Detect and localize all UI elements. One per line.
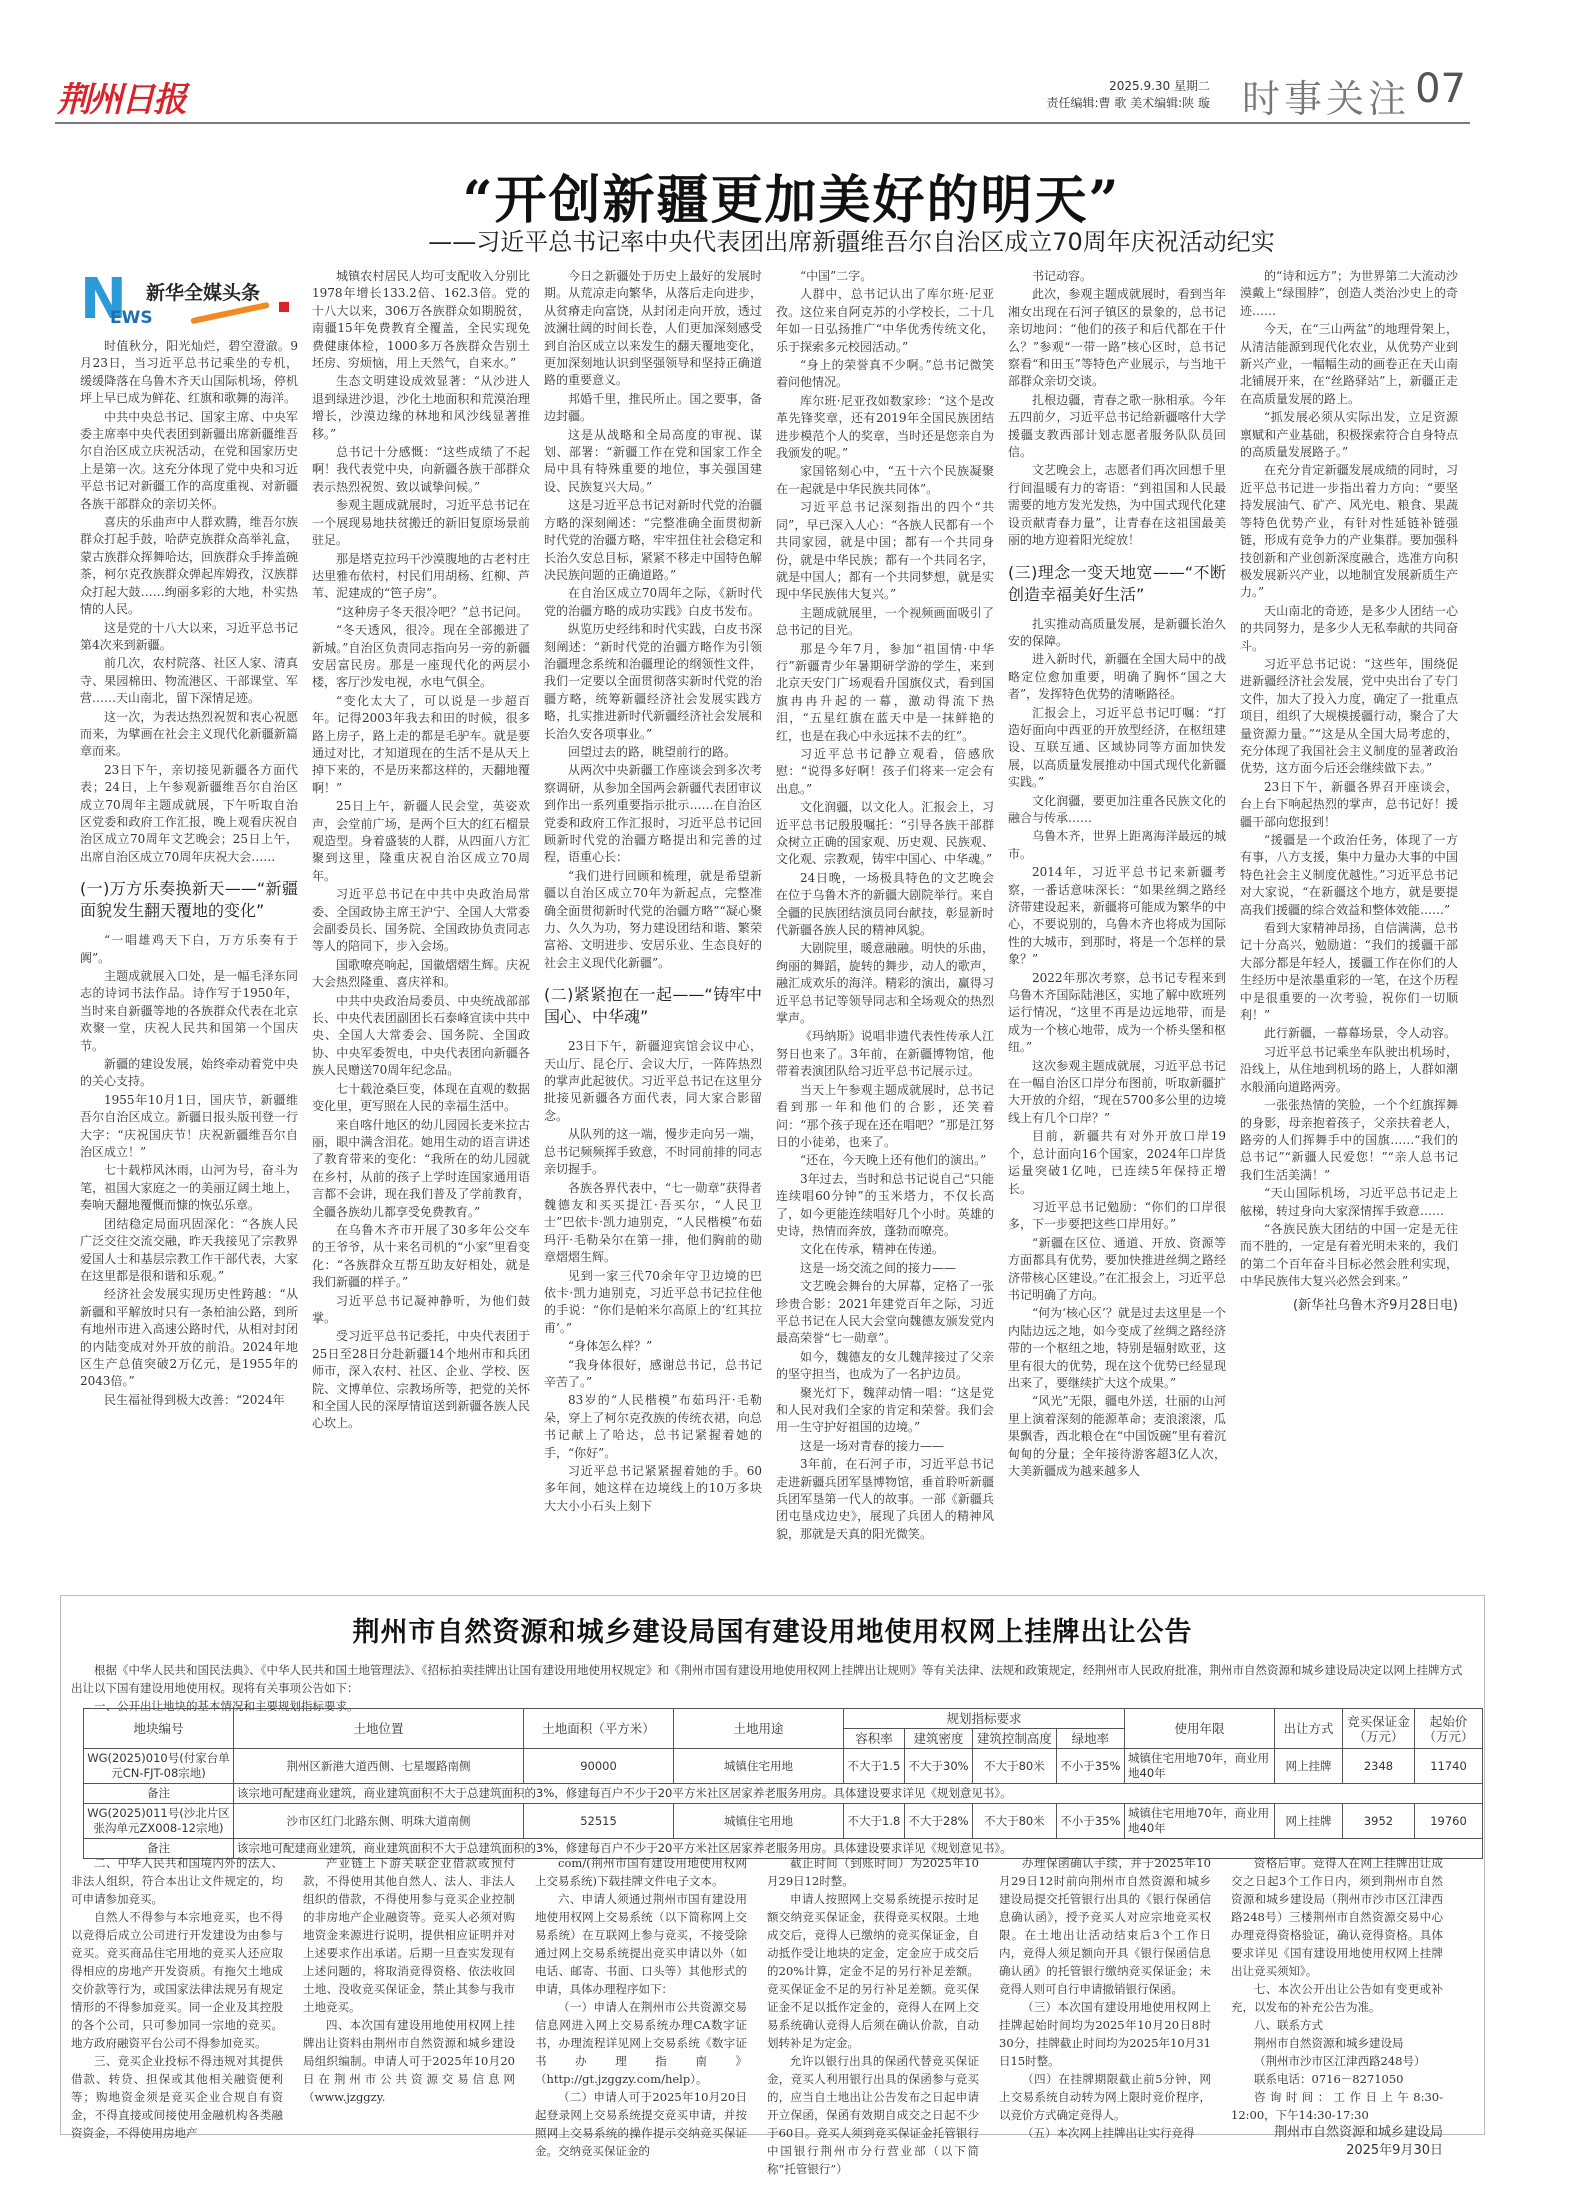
signature-org: 荆州市自然资源和城乡建设局 [1231, 2124, 1443, 2142]
signature-date: 2025年9月30日 [1231, 2142, 1443, 2160]
paragraph: 四、本次国有建设用地使用权网上挂牌出让资料由荆州市自然资源和城乡建设局组织编制。… [303, 2016, 515, 2106]
cell-green: 不小于35% [1056, 1804, 1124, 1839]
issue-date: 2025.9.30 星期二 [1046, 78, 1210, 95]
paragraph: 自然人不得参与本宗地竞买，也不得以竞得后成立公司进行开发建设为由参与竞买。竞买商… [71, 1908, 283, 2052]
paragraph: 习近平总书记说：“这些年，围绕促进新疆经济社会发展，党中央出台了专门文件，加大了… [1240, 656, 1458, 778]
article-column-5: 书记动容。 此次，参观主题成就展时，看到当年湘女出现在石河子镇区的景象的，总书记… [1008, 268, 1226, 1481]
paragraph: “援疆是一个政治任务，体现了一方有事，八方支援，集中力量办大事的中国特色社会主义… [1240, 832, 1458, 919]
paragraph: 习近平总书记凝神静听，为他们鼓掌。 [312, 1293, 530, 1328]
paragraph: 的“诗和远方”；为世界第二大流动沙漠戴上“绿围脖”，创造人类治沙史上的奇迹…… [1240, 268, 1458, 320]
paragraph: 各族各界代表中，“七一勋章”获得者魏德友和买买提江·吾买尔，“人民卫士”巴依卡·… [544, 1180, 762, 1267]
newspaper-logo: 荆州日报 [57, 72, 185, 121]
header-location: 土地位置 [234, 1709, 524, 1749]
paragraph: 大剧院里，暖意融融。明快的乐曲，绚丽的舞蹈，旋转的舞步，动人的歌声，融汇成欢乐的… [776, 940, 994, 1027]
paragraph: 天山南北的奇迹，是多少人团结一心的共同努力，是多少人无私奉献的共同奋斗。 [1240, 603, 1458, 655]
paragraph: “天山国际机场，习近平总书记走上舷梯，转过身向大家深情挥手致意…… [1240, 1185, 1458, 1220]
header-area: 土地面积（平方米） [524, 1709, 674, 1749]
header-height: 建筑控制高度 [973, 1729, 1057, 1749]
cell-density: 不大于28% [904, 1804, 972, 1839]
cell-location: 荆州区新港大道西侧、七星堰路南侧 [234, 1749, 524, 1784]
paragraph: “还在，今天晚上还有他们的演出。” [776, 1152, 994, 1169]
paragraph: 23日下午，新疆迎宾馆会议中心，天山厅、昆仑厅、会议大厅，一阵阵热烈的掌声此起彼… [544, 1038, 762, 1125]
paragraph: 习近平总书记勉励：“你们的口岸很多，下一步要把这些口岸用好。” [1008, 1199, 1226, 1234]
notice-column-2: 产业链上下游关联企业借款或预付款，不得使用其他自然人、法人、非法人组织的借款，不… [303, 1854, 515, 2106]
paragraph: 扎实推动高质量发展，是新疆长治久安的保障。 [1008, 616, 1226, 651]
paragraph: 喜庆的乐曲声中人群欢腾，维吾尔族群众打起手鼓，哈萨克族群众高举礼盒，蒙古族群众挥… [80, 514, 298, 618]
header-term: 使用年限 [1125, 1709, 1275, 1749]
paragraph: 来自喀什地区的幼儿园园长麦米拉古丽，眼中满含泪花。她用生动的语言讲述了教育带来的… [312, 1117, 530, 1221]
paragraph: 主题成就展入口处，是一幅毛泽东同志的诗词书法作品。诗作写于1950年，当时来自新… [80, 968, 298, 1055]
paragraph: 3年过去，当时和总书记说自己“只能连续唱60分钟”的玉米塔力，不仅长高了，如今更… [776, 1171, 994, 1241]
article-body: 时值秋分，阳光灿烂，碧空澄澈。9月23日，当习近平总书记乘坐的专机，缓缓降落在乌… [80, 338, 1470, 1578]
notice-column-6: 资格后审。竞得人在网上挂牌出让成交之日起3个工作日内，须到荆州市自然资源和城乡建… [1231, 1854, 1443, 2160]
paragraph: 习近平总书记静立观看，倍感欣慰：“说得多好啊！孩子们将来一定会有出息。” [776, 746, 994, 798]
intro-paragraph: 根据《中华人民共和国民法典》、《中华人民共和国土地管理法》、《招标拍卖挂牌出让国… [71, 1661, 1471, 1697]
header-planning: 规划指标要求 [844, 1709, 1125, 1729]
paragraph: 文艺晚会舞台的大屏幕，定格了一张珍贵合影：2021年建党百年之际，习近平总书记在… [776, 1278, 994, 1348]
notice-intro: 根据《中华人民共和国民法典》、《中华人民共和国土地管理法》、《招标拍卖挂牌出让国… [71, 1661, 1471, 1715]
cell-method: 网上挂牌 [1275, 1804, 1343, 1839]
editor-credits: 责任编辑:曹 歌 美术编辑:陕 璇 [1046, 95, 1210, 112]
paragraph: 从两次中央新疆工作座谈会到多次考察调研，从参加全国两会新疆代表团审议到作出一系列… [544, 762, 762, 866]
cell-area: 52515 [524, 1804, 674, 1839]
paragraph: 允许以银行出具的保函代替竞买保证金，竞买人利用银行出具的保函参与竞买的，应当自土… [767, 2052, 979, 2178]
header-far: 容积率 [844, 1729, 905, 1749]
paragraph: 在充分肯定新疆发展成绩的同时，习近平总书记进一步指出着力方向：“要坚持发展油气、… [1240, 462, 1458, 601]
article-subheadline: ——习近平总书记率中央代表团出席新疆维吾尔自治区成立70周年庆祝活动纪实 [0, 222, 1583, 257]
paragraph: 资格后审。竞得人在网上挂牌出让成交之日起3个工作日内，须到荆州市自然资源和城乡建… [1231, 1854, 1443, 1980]
contact-address: （荆州市沙市区江津西路248号） [1231, 2052, 1443, 2070]
paragraph: “何为‘核心区’？就是过去这里是一个内陆边远之地，如今变成了丝绸之路经济带的一个… [1008, 1305, 1226, 1392]
paragraph: “我们进行回顾和梳理，就是希望新疆以自治区成立70年为新起点，完整准确全面贯彻新… [544, 868, 762, 972]
header-use: 土地用途 [674, 1709, 844, 1749]
red-square-icon [279, 302, 289, 312]
cell-location: 沙市区红门北路东侧、明珠大道南侧 [234, 1804, 524, 1839]
article-column-4: “中国”二字。 人群中，总书记认出了库尔班·尼亚孜。这位来自阿克苏的小学校长，二… [776, 268, 994, 1544]
cell-remark: 该宗地可配建商业建筑，商业建筑面积不大于总建筑面积的3%，修建每百户不少于20平… [234, 1784, 1483, 1804]
badge-title: 新华全媒头条 [146, 278, 260, 305]
paragraph: “变化太大了，可以说是一步超百年。记得2003年我去和田的时候，很多路上房子，路… [312, 693, 530, 797]
land-parcel-table: 地块编号 土地位置 土地面积（平方米） 土地用途 规划指标要求 使用年限 出让方… [83, 1708, 1483, 1859]
paragraph: com/(荆州市国有建设用地使用权网上交易系统)下载挂牌文件电子文本。 [535, 1854, 747, 1890]
paragraph: “一唱雄鸡天下白，万方乐奏有于阗”。 [80, 932, 298, 967]
paragraph: 目前，新疆共有对外开放口岸19个，总计面向16个国家，2024年口岸货运量突破1… [1008, 1128, 1226, 1198]
header-density: 建筑密度 [904, 1729, 972, 1749]
paragraph: 家国铭刻心中，“五十六个民族凝聚在一起就是中华民族共同体”。 [776, 463, 994, 498]
paragraph: 纵览历史经纬和时代实践，白皮书深刻阐述：“新时代党的治疆方略作为引领治疆理念系统… [544, 621, 762, 743]
paragraph: 这是习近平总书记对新时代党的治疆方略的深刻阐述：“完整准确全面贯彻新时代党的治疆… [544, 497, 762, 584]
paragraph: “风光”无限，疆电外送，壮丽的山河里上演着深刻的能源革命；麦浪滚滚，瓜果飘香，西… [1008, 1393, 1226, 1480]
paragraph: “中国”二字。 [776, 268, 994, 285]
cell-remark-label: 备注 [84, 1784, 234, 1804]
paragraph: 新疆的建设发展，始终牵动着党中央的关心支持。 [80, 1056, 298, 1091]
news-ews-logo: EWS [110, 308, 153, 328]
cell-term: 城镇住宅用地70年，商业用地40年 [1125, 1749, 1275, 1784]
paragraph: 今天，在“三山两盆”的地理骨架上，从清洁能源到现代化农业，从优势产业到新兴产业，… [1240, 321, 1458, 408]
paragraph: 这是一场对青春的接力—— [776, 1438, 994, 1455]
paragraph: 进入新时代，新疆在全国大局中的战略定位愈加重要，明确了胸怀“国之大者”，发挥特色… [1008, 651, 1226, 703]
section-name: 时事关注 [1242, 68, 1410, 123]
contact-hours: 咨询时间：工作日上午8:30-12:00，下午14:30-17:30 [1231, 2088, 1443, 2124]
cell-area: 90000 [524, 1749, 674, 1784]
header-method: 出让方式 [1275, 1709, 1343, 1749]
issue-meta: 2025.9.30 星期二 责任编辑:曹 歌 美术编辑:陕 璇 [1046, 78, 1210, 112]
paragraph: 一张张热情的笑脸，一个个红旗挥舞的身影，母亲抱着孩子，父亲扶着老人，路旁的人们挥… [1240, 1097, 1458, 1184]
paragraph: 六、申请人须通过荆州市国有建设用地使用权网上交易系统（以下简称网上交易系统）在互… [535, 1890, 747, 1998]
paragraph: 当天上午参观主题成就展时，总书记看到那一年和他们的合影，还笑着问：“那个孩子现在… [776, 1082, 994, 1152]
paragraph: “新疆在区位、通道、开放、资源等方面都具有优势，要加快推进丝绸之路经济带核心区建… [1008, 1235, 1226, 1305]
paragraph: 邦婚千里，推民所止。国之要事，备边封疆。 [544, 391, 762, 426]
paragraph: 文化在传承，精神在传递。 [776, 1241, 994, 1258]
notice-title: 荆州市自然资源和城乡建设局国有建设用地使用权网上挂牌出让公告 [61, 1610, 1484, 1649]
cell-parcel-id: WG(2025)010号(付家台单元CN-FJT-08宗地) [84, 1749, 234, 1784]
paragraph: 23日下午，亲切接见新疆各方面代表；24日，上午参观新疆维吾尔自治区成立70周年… [80, 762, 298, 866]
paragraph: （四）在挂牌期限截止前5分钟，网上交易系统自动转为网上限时竞价程序，以竞价方式确… [999, 2070, 1211, 2124]
header-green: 绿地率 [1056, 1729, 1124, 1749]
paragraph: 七、本次公开出让公告如有变更或补充，以发布的补充公告为准。 [1231, 1980, 1443, 2016]
paragraph: 这是一场交流之间的接力—— [776, 1260, 994, 1277]
paragraph: 聚光灯下，魏萍动情一唱：“这是党和人民对我们全家的肯定和荣誉。我们会用一生守护好… [776, 1385, 994, 1437]
paragraph: （一）申请人在荆州市公共资源交易信息网进入网上交易系统办理CA数字证书，办理流程… [535, 1998, 747, 2088]
notice-column-3: com/(荆州市国有建设用地使用权网上交易系统)下载挂牌文件电子文本。 六、申请… [535, 1854, 747, 2160]
paragraph: 主题成就展里，一个视频画面吸引了总书记的目光。 [776, 605, 994, 640]
section-heading-3: (三)理念一变天地宽——“不断创造幸福美好生活” [1008, 562, 1226, 606]
paragraph: 那是今年7月，参加“祖国情·中华行”新疆青少年暑期研学游的学生，来到北京天安门广… [776, 641, 994, 745]
paragraph: 3年前，在石河子市，习近平总书记走进新疆兵团军垦博物馆，垂首聆听新疆兵团军垦第一… [776, 1456, 994, 1543]
section-heading-2: (二)紧紧抱在一起——“铸牢中国心、中华魂” [544, 984, 762, 1028]
paragraph: 这是从战略和全局高度的审视、谋划、部署：“新疆工作在党和国家工作全局中具有特殊重… [544, 427, 762, 497]
cell-deposit: 2348 [1343, 1749, 1415, 1784]
table-row: WG(2025)011号(沙北片区张沟单元ZX008-12宗地) 沙市区红门北路… [84, 1804, 1483, 1839]
paragraph: 城镇农村居民人均可支配收入分别比1978年增长133.2倍、162.3倍。党的十… [312, 268, 530, 372]
paragraph: 人群中，总书记认出了库尔班·尼亚孜。这位来自阿克苏的小学校长，二十几年如一日弘扬… [776, 286, 994, 356]
article-column-3: 今日之新疆处于历史上最好的发展时期。从荒凉走向繁华，从落后走向进步，从贫瘠走向富… [544, 268, 762, 1516]
paragraph: 在自治区成立70周年之际，《新时代党的治疆方略的成功实践》白皮书发布。 [544, 585, 762, 620]
paragraph: 文化润疆，要更加注重各民族文化的融合与传承…… [1008, 793, 1226, 828]
paragraph: 中共中央政治局委员、中央统战部部长、中央代表团副团长石泰峰宣读中共中央、全国人大… [312, 993, 530, 1080]
paragraph: 今日之新疆处于历史上最好的发展时期。从荒凉走向繁华，从落后走向进步，从贫瘠走向富… [544, 268, 762, 390]
paragraph: 扎根边疆，青春之歌一脉相承。今年五四前夕，习近平总书记给新疆喀什大学援疆支教西部… [1008, 392, 1226, 462]
cell-height: 不大于80米 [973, 1749, 1057, 1784]
paragraph: 二、中华人民共和国境内外的法人、非法人组织，符合本出让文件规定的，均可申请参加竞… [71, 1854, 283, 1908]
paragraph: 25日上午，新疆人民会堂，英姿欢声，会堂前广场，是两个巨大的红石榴景观造型。身着… [312, 798, 530, 885]
paragraph: 这一次，为表达热烈祝贺和衷心祝愿而来，为擘画在社会主义现代化新疆新篇章而来。 [80, 709, 298, 761]
cell-parcel-id: WG(2025)011号(沙北片区张沟单元ZX008-12宗地) [84, 1804, 234, 1839]
paragraph: 七十载栉风沐雨，山河为号，奋斗为笔，祖国大家庭之一的美丽辽阔土地上，奏响天翻地覆… [80, 1162, 298, 1214]
contact-phone: 联系电话：0716－8271050 [1231, 2070, 1443, 2088]
paragraph: 那是塔克拉玛干沙漠腹地的古老村庄达里雅布依村，村民们用胡杨、红柳、芦苇、泥建成的… [312, 551, 530, 603]
paragraph: 乌鲁木齐，世界上距离海洋最远的城市。 [1008, 828, 1226, 863]
article-dateline: (新华社乌鲁木齐9月28日电) [1240, 1297, 1458, 1314]
paragraph: 办理保函确认手续，并于2025年10月29日12时前向荆州市自然资源和城乡建设局… [999, 1854, 1211, 1998]
paragraph: 回望过去的路，眺望前行的路。 [544, 744, 762, 761]
paragraph: 参观主题成就展时，习近平总书记在一个展现易地扶贫搬迁的新旧复原场景前驻足。 [312, 497, 530, 549]
table-row: WG(2025)010号(付家台单元CN-FJT-08宗地) 荆州区新港大道西侧… [84, 1749, 1483, 1784]
paragraph: 83岁的“人民楷模”布茹玛汗·毛勒朵，穿上了柯尔克孜族的传统衣裙，向总书记献上了… [544, 1392, 762, 1462]
land-auction-notice: 荆州市自然资源和城乡建设局国有建设用地使用权网上挂牌出让公告 根据《中华人民共和… [60, 1595, 1485, 2135]
paragraph: “这种房子冬天很冷吧？”总书记问。 [312, 604, 530, 621]
paragraph: 如今，魏德友的女儿魏萍接过了父亲的坚守担当，也成为了一名护边员。 [776, 1349, 994, 1384]
header-parcel-id: 地块编号 [84, 1709, 234, 1749]
cell-deposit: 3952 [1343, 1804, 1415, 1839]
masthead: 荆州日报 2025.9.30 星期二 责任编辑:曹 歌 美术编辑:陕 璇 时事关… [55, 60, 1470, 124]
contact-org: 荆州市自然资源和城乡建设局 [1231, 2034, 1443, 2052]
paragraph: 1955年10月1日，国庆节，新疆维吾尔自治区成立。新疆日报头版刊登一行大字：“… [80, 1092, 298, 1162]
paragraph: 七十载沧桑巨变，体现在直观的数据变化里，更写照在人民的幸福生活中。 [312, 1081, 530, 1116]
paragraph: 看到大家精神昂扬，自信满满，总书记十分高兴，勉励道：“我们的援疆干部大部分都是年… [1240, 920, 1458, 1024]
paragraph: “身体怎么样？” [544, 1338, 762, 1355]
article-column-2: 城镇农村居民人均可支配收入分别比1978年增长133.2倍、162.3倍。党的十… [312, 268, 530, 1434]
paragraph: 八、联系方式 [1231, 2016, 1443, 2034]
paragraph: 《玛纳斯》说唱非遗代表性传承人江努日也来了。3年前，在新疆博物馆，他带着表演团队… [776, 1028, 994, 1080]
article-column-6: 的“诗和远方”；为世界第二大流动沙漠戴上“绿围脖”，创造人类治沙史上的奇迹…… … [1240, 268, 1458, 1314]
paragraph: 申请人按照网上交易系统提示按时足额交纳竞买保证金，获得竞买权限。土地成交后，竞得… [767, 1890, 979, 2052]
cell-far: 不大于1.8 [844, 1804, 905, 1839]
paragraph: “身上的荣誉真不少啊。”总书记微笑着问他情况。 [776, 357, 994, 392]
paragraph: 汇报会上，习近平总书记叮嘱：“打造好面向中西亚的开放型经济，在枢纽建设、互联互通… [1008, 705, 1226, 792]
paragraph: 国歌嘹亮响起，国徽熠熠生辉。庆祝大会热烈隆重、喜庆祥和。 [312, 957, 530, 992]
paragraph: 24日晚，一场极具特色的文艺晚会在位于乌鲁木齐的新疆大剧院举行。来自全疆的民族团… [776, 870, 994, 940]
paragraph: 经济社会发展实现历史性跨越：“从新疆和平解放时只有一条柏油公路，到所有地州市进入… [80, 1286, 298, 1390]
cell-use: 城镇住宅用地 [674, 1749, 844, 1784]
paragraph: 库尔班·尼亚孜如数家珍：“这个是改革先锋奖章，还有2019年全国民族团结进步模范… [776, 393, 994, 463]
paragraph: 这次参观主题成就展，习近平总书记在一幅自治区口岸分布图前，听取新疆扩大开放的介绍… [1008, 1058, 1226, 1128]
cell-density: 不大于30% [904, 1749, 972, 1784]
cell-use: 城镇住宅用地 [674, 1804, 844, 1839]
paragraph: 2022年那次考察，总书记专程来到乌鲁木齐国际陆港区，实地了解中欧班列运行情况，… [1008, 970, 1226, 1057]
paragraph: 从队列的这一端，慢步走向另一端，总书记频频挥手致意，不时同前排的同志亲切握手。 [544, 1126, 762, 1178]
paragraph: （三）本次国有建设用地使用权网上挂牌起始时间均为2025年10月20日8时30分… [999, 1998, 1211, 2070]
paragraph: 文化润疆，以文化人。汇报会上，习近平总书记殷殷嘱托：“引导各族干部群众树立正确的… [776, 799, 994, 869]
paragraph: 受习近平总书记委托，中央代表团于25日至28日分赴新疆14个地州市和兵团师市，深… [312, 1328, 530, 1432]
paragraph: 习近平总书记乘坐车队驶出机场时，沿线上，从住地到机场的路上，人群如潮水般涌向道路… [1240, 1044, 1458, 1096]
paragraph: 2014年，习近平总书记来新疆考察，一番话意味深长：“如果丝绸之路经济带建设起来… [1008, 864, 1226, 968]
paragraph: 生态文明建设成效显著：“从沙进人退到绿进沙退，沙化土地面积和荒漠治理增长，沙漠边… [312, 373, 530, 443]
paragraph: “各族民族大团结的中国一定是无往而不胜的，一定是有着光明未来的，我们的第二个百年… [1240, 1221, 1458, 1291]
paragraph: “冬天透风，很冷。现在全部搬进了新城。”自治区负责同志指向另一旁的新疆安居富民房… [312, 622, 530, 692]
section-heading-1: (一)万方乐奏换新天——“新疆面貌发生翻天覆地的变化” [80, 878, 298, 922]
header-deposit: 竞买保证金（万元） [1343, 1709, 1415, 1749]
page-number: 07 [1415, 66, 1466, 112]
paragraph: （二）申请人可于2025年10月20日起登录网上交易系统提交竞买申请，并按照网上… [535, 2088, 747, 2160]
paragraph: 总书记十分感慨：“这些成绩了不起啊！我代表党中央，向新疆各族干部群众表示热烈祝贺… [312, 444, 530, 496]
cell-far: 不大于1.5 [844, 1749, 905, 1784]
paragraph: 三、竞买企业投标不得违规对其提供借款、转贷、担保或其他相关融资便利等；购地资金须… [71, 2052, 283, 2142]
paragraph: 此行新疆，一幕幕场景，令人动容。 [1240, 1025, 1458, 1042]
paragraph: 书记动容。 [1008, 268, 1226, 285]
cell-height: 不大于80米 [973, 1804, 1057, 1839]
paragraph: 前几次，农村院落、社区人家、清真寺、果园棉田、物流港区、干部课堂、军营……天山南… [80, 655, 298, 707]
paragraph: （五）本次网上挂牌出让实行竞得 [999, 2124, 1211, 2142]
paragraph: 产业链上下游关联企业借款或预付款，不得使用其他自然人、法人、非法人组织的借款，不… [303, 1854, 515, 2016]
cell-term: 城镇住宅用地70年，商业用地40年 [1125, 1804, 1275, 1839]
paragraph: 习近平总书记在中共中央政治局常委、全国政协主席王沪宁、全国人大常委会副委员长、国… [312, 886, 530, 956]
paragraph: 民生福祉得到极大改善：“2024年 [80, 1392, 298, 1409]
paragraph: 在乌鲁木齐市开展了30多年公交车的王爷爷，从十来名司机的“小家”里看变化：“各族… [312, 1222, 530, 1292]
paragraph: 23日下午，新疆各界召开座谈会，台上台下响起热烈的掌声，总书记好！援疆干部向您报… [1240, 779, 1458, 831]
notice-column-5: 办理保函确认手续，并于2025年10月29日12时前向荆州市自然资源和城乡建设局… [999, 1854, 1211, 2142]
paragraph: 这是党的十八大以来，习近平总书记第4次来到新疆。 [80, 620, 298, 655]
xinhua-news-badge: N EWS 新华全媒头条 [80, 272, 295, 332]
paragraph: 见到一家三代70余年守卫边境的巴依卡·凯力迪别克，习近平总书记拉住他的手说：“你… [544, 1268, 762, 1338]
paragraph: 文艺晚会上，志愿者们再次回想千里行间温暖有力的寄语：“到祖国和人民最需要的地方发… [1008, 462, 1226, 549]
table-remark-row: 备注 该宗地可配建商业建筑，商业建筑面积不大于总建筑面积的3%，修建每百户不少于… [84, 1784, 1483, 1804]
paragraph: “我身体很好，感谢总书记，总书记辛苦了。” [544, 1357, 762, 1392]
notice-column-4: 截止时间（到账时间）为2025年10月29日12时整。 申请人按照网上交易系统提… [767, 1854, 979, 2178]
cell-start-price: 19760 [1415, 1804, 1483, 1839]
paragraph: 习近平总书记深刻指出的四个“共同”，早已深入人心：“各族人民都有一个共同家园，就… [776, 499, 994, 603]
cell-green: 不小于35% [1056, 1749, 1124, 1784]
paragraph: 中共中央总书记、国家主席、中央军委主席率中央代表团到新疆出席新疆维吾尔自治区成立… [80, 409, 298, 513]
paragraph: 习近平总书记紧紧握着她的手。60多年间，她这样在边境线上的10万多块大大小小石头… [544, 1463, 762, 1515]
paragraph: 截止时间（到账时间）为2025年10月29日12时整。 [767, 1854, 979, 1890]
paragraph: 团结稳定局面巩固深化：“各族人民广泛交往交流交融，昨天我接见了宗教界爱国人士和基… [80, 1216, 298, 1286]
header-start-price: 起始价（万元） [1415, 1709, 1483, 1749]
swoosh-icon [190, 302, 269, 325]
article-column-1: 时值秋分，阳光灿烂，碧空澄澈。9月23日，当习近平总书记乘坐的专机，缓缓降落在乌… [80, 338, 298, 1410]
paragraph: 时值秋分，阳光灿烂，碧空澄澈。9月23日，当习近平总书记乘坐的专机，缓缓降落在乌… [80, 338, 298, 408]
paragraph: “抓发展必须从实际出发，立足资源禀赋和产业基础，积极探索符合自身特点的高质量发展… [1240, 409, 1458, 461]
cell-method: 网上挂牌 [1275, 1749, 1343, 1784]
cell-start-price: 11740 [1415, 1749, 1483, 1784]
paragraph: 此次，参观主题成就展时，看到当年湘女出现在石河子镇区的景象的，总书记亲切地问：“… [1008, 286, 1226, 390]
notice-column-1: 二、中华人民共和国境内外的法人、非法人组织，符合本出让文件规定的，均可申请参加竞… [71, 1854, 283, 2142]
